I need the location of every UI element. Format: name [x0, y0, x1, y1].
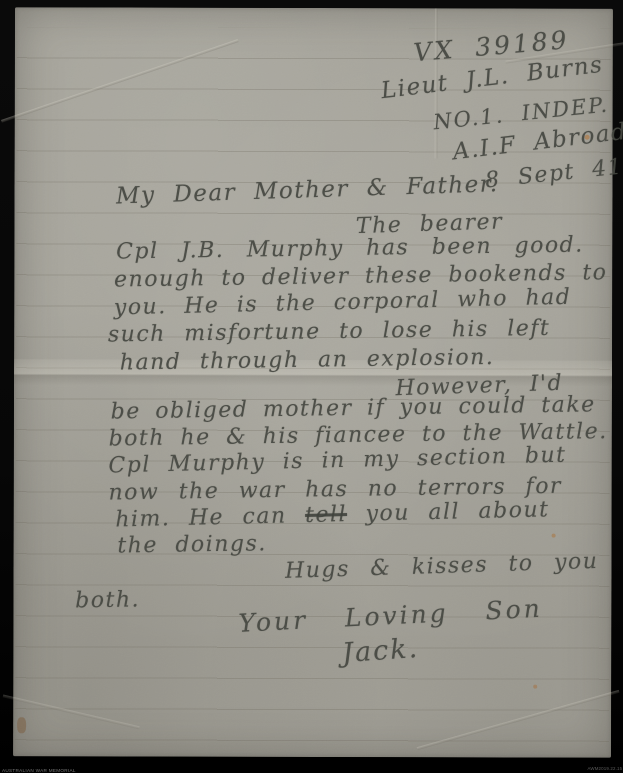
- crossed-out-word: tell: [305, 502, 348, 528]
- letter-page: VX 39189 Lieut J.L. Burns NO.1. INDEP. C…: [13, 7, 613, 758]
- rust-speck: [533, 685, 537, 689]
- date-line: 8 Sept 41: [484, 154, 623, 193]
- body-line: both.: [75, 587, 140, 613]
- archive-reference-number: AWM2019.22.15: [587, 766, 622, 771]
- closing-line: Your Loving Son: [238, 594, 544, 638]
- body-line: hand through an explosion.: [120, 345, 495, 376]
- signature: Jack.: [341, 633, 420, 669]
- fold-crease-topleft: [1, 39, 239, 123]
- salutation: My Dear Mother & Father.: [116, 171, 499, 209]
- fold-crease-bottomleft: [3, 694, 140, 729]
- stain-mark: [17, 717, 26, 733]
- body-line: the doings.: [117, 531, 267, 558]
- rust-speck: [552, 534, 556, 538]
- body-line: Cpl J.B. Murphy has been good.: [116, 233, 584, 265]
- crossout-before: him. He can: [115, 503, 287, 532]
- body-line: such misfortune to lose his left: [108, 316, 551, 348]
- archive-source-label: AUSTRALIAN WAR MEMORIAL: [2, 768, 76, 773]
- crossout-after: you all about: [365, 497, 550, 526]
- body-line: Hugs & kisses to you: [285, 549, 599, 584]
- scan-background: VX 39189 Lieut J.L. Burns NO.1. INDEP. C…: [0, 0, 623, 773]
- fold-crease-bottomright: [417, 690, 620, 750]
